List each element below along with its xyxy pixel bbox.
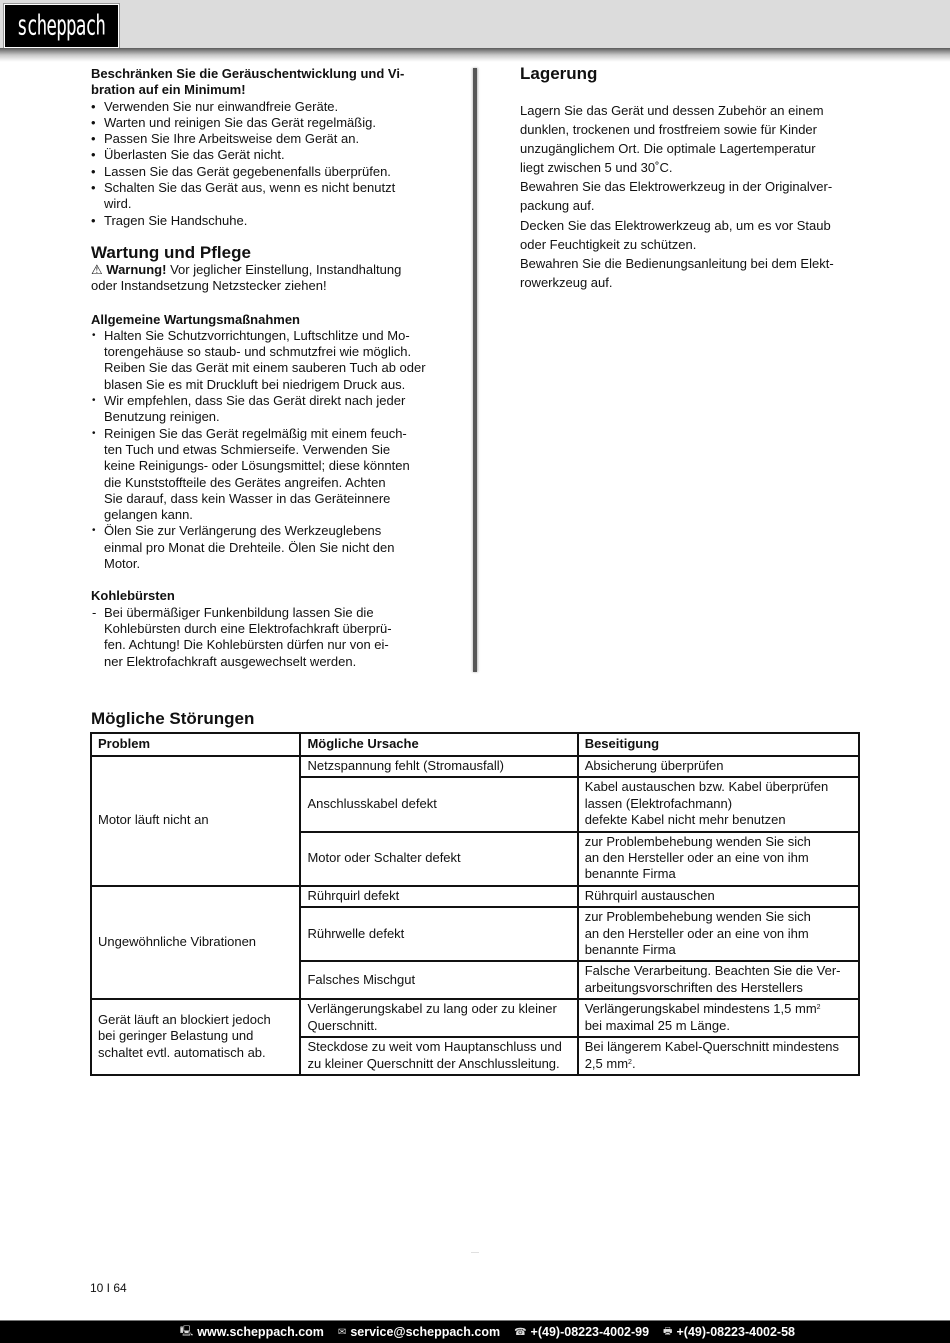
warning-notice: ⚠ Warnung! Vor jeglicher Einstellung, In… [91, 262, 436, 295]
remedy-cell: Absicherung überprüfen [578, 756, 859, 777]
cause-cell: Steckdose zu weit vom Hauptanschluss und… [300, 1037, 577, 1075]
header-cause: Mögliche Ursache [300, 733, 577, 756]
remedy-line: Falsche Verarbeitung. Beachten Sie die V… [585, 963, 841, 978]
cause-line: Steckdose zu weit vom Hauptanschluss und [307, 1039, 561, 1054]
remedy-cell: zur Problembehebung wenden Sie sich an d… [578, 832, 859, 886]
maintenance-title: Wartung und Pflege [91, 243, 436, 263]
list-item: Verwenden Sie nur einwandfreie Geräte. [91, 99, 436, 115]
fax-icon: 🖶 [663, 1324, 672, 1341]
remedy-line: benannte Firma [585, 866, 676, 881]
table-row: Motor läuft nicht an Netzspannung fehlt … [91, 756, 859, 777]
remedy-cell: Verlängerungskabel mindestens 1,5 mm2 be… [578, 999, 859, 1037]
header-problem: Problem [91, 733, 300, 756]
list-item: Tragen Sie Handschuhe. [91, 213, 436, 229]
list-item: Warten und reinigen Sie das Gerät regelm… [91, 115, 436, 131]
list-item: Wir empfehlen, dass Sie das Gerät direkt… [91, 393, 436, 426]
storage-paragraph: Lagern Sie das Gerät und dessen Zubehör … [520, 101, 865, 177]
list-item: Schalten Sie das Gerät aus, wenn es nich… [91, 180, 436, 213]
remedy-cell: Falsche Verarbeitung. Beachten Sie die V… [578, 961, 859, 999]
carbon-brushes-title: Kohlebürsten [91, 588, 436, 604]
cause-cell: Rührwelle defekt [300, 907, 577, 961]
remedy-line: Verlängerungskabel mindestens 1,5 mm [585, 1001, 817, 1016]
general-maintenance-title: Allgemeine Wartungsmaßnahmen [91, 312, 436, 328]
general-maintenance-list: Halten Sie Schutzvorrichtungen, Luftschl… [91, 328, 436, 572]
header-remedy: Beseitigung [578, 733, 859, 756]
header-shadow [0, 48, 950, 62]
phone-number: +(49)-08223-4002-99 [531, 1325, 650, 1339]
cause-line: Verlängerungskabel zu lang oder zu klein… [307, 1001, 556, 1016]
brand-logo: scheppach [4, 4, 119, 48]
footer-email[interactable]: ✉ service@scheppach.com [338, 1325, 500, 1339]
right-column: Lagerung Lagern Sie das Gerät und dessen… [520, 64, 865, 292]
footer-fax: 🖶 +(49)-08223-4002-58 [663, 1324, 795, 1341]
cause-cell: Anschlusskabel defekt [300, 777, 577, 831]
cause-cell: Falsches Mischgut [300, 961, 577, 999]
cause-cell: Rührquirl defekt [300, 886, 577, 907]
column-divider [473, 68, 477, 672]
footer-phone: ☎ +(49)-08223-4002-99 [514, 1325, 649, 1339]
problem-line: schaltet evtl. automatisch ab. [98, 1045, 266, 1060]
storage-paragraph: Bewahren Sie die Bedienungsanleitung bei… [520, 254, 865, 292]
remedy-cell: Kabel austauschen bzw. Kabel überprüfen … [578, 777, 859, 831]
storage-paragraph: Decken Sie das Elektrowerkzeug ab, um es… [520, 216, 865, 254]
noise-intro: Beschränken Sie die Geräuschentwicklung … [91, 66, 431, 99]
remedy-line: benannte Firma [585, 942, 676, 957]
table-row: Ungewöhnliche Vibrationen Rührquirl defe… [91, 886, 859, 907]
list-item: Passen Sie Ihre Arbeitsweise dem Gerät a… [91, 131, 436, 147]
storage-title: Lagerung [520, 64, 865, 84]
carbon-brushes-list: Bei übermäßiger Funkenbildung lassen Sie… [91, 605, 436, 670]
superscript: 2 [817, 1004, 821, 1011]
warning-label: Warnung! [106, 262, 166, 277]
list-item: Überlasten Sie das Gerät nicht. [91, 147, 436, 163]
remedy-cell: Rührquirl austauschen [578, 886, 859, 907]
problem-cell: Ungewöhnliche Vibrationen [91, 886, 300, 999]
remedy-cell: Bei längerem Kabel-Querschnitt mindesten… [578, 1037, 859, 1075]
remedy-line: Kabel austauschen bzw. Kabel überprüfen [585, 779, 829, 794]
page-footer: 🖳 www.scheppach.com ✉ service@scheppach.… [0, 1320, 950, 1343]
remedy-line: . [632, 1056, 636, 1071]
cause-cell: Motor oder Schalter defekt [300, 832, 577, 886]
faults-title: Mögliche Störungen [91, 709, 254, 729]
superscript: 2 [628, 1059, 632, 1066]
problem-cell: Motor läuft nicht an [91, 756, 300, 886]
problem-line: bei geringer Belastung und [98, 1028, 253, 1043]
website-link[interactable]: www.scheppach.com [197, 1325, 324, 1339]
cause-cell: Netzspannung fehlt (Stromausfall) [300, 756, 577, 777]
left-column: Beschränken Sie die Geräuschentwicklung … [91, 66, 436, 670]
faint-mark [471, 1252, 479, 1253]
storage-paragraph: Bewahren Sie das Elektrowerkzeug in der … [520, 177, 865, 215]
mail-icon: ✉ [338, 1327, 346, 1338]
storage-text: Lagern Sie das Gerät und dessen Zubehör … [520, 101, 865, 292]
remedy-line: zur Problembehebung wenden Sie sich [585, 834, 811, 849]
remedy-cell: zur Problembehebung wenden Sie sich an d… [578, 907, 859, 961]
cause-cell: Verlängerungskabel zu lang oder zu klein… [300, 999, 577, 1037]
remedy-line: an den Hersteller oder an eine von ihm [585, 850, 809, 865]
list-item: Halten Sie Schutzvorrichtungen, Luftschl… [91, 328, 436, 393]
remedy-line: lassen (Elektrofachmann) [585, 796, 732, 811]
table-row: Gerät läuft an blockiert jedoch bei geri… [91, 999, 859, 1037]
problem-cell: Gerät läuft an blockiert jedoch bei geri… [91, 999, 300, 1075]
list-item: Bei übermäßiger Funkenbildung lassen Sie… [91, 605, 436, 670]
list-item: Ölen Sie zur Verlängerung des Werkzeugle… [91, 523, 436, 572]
table-header-row: Problem Mögliche Ursache Beseitigung [91, 733, 859, 756]
faults-table: Problem Mögliche Ursache Beseitigung Mot… [90, 732, 860, 1076]
remedy-line: an den Hersteller oder an eine von ihm [585, 926, 809, 941]
list-item: Reinigen Sie das Gerät regelmäßig mit ei… [91, 426, 436, 524]
list-item: Lassen Sie das Gerät gegebenenfalls über… [91, 164, 436, 180]
warning-icon: ⚠ [91, 262, 103, 277]
remedy-line: defekte Kabel nicht mehr benutzen [585, 812, 786, 827]
remedy-line: arbeitungsvorschriften des Herstellers [585, 980, 803, 995]
remedy-line: zur Problembehebung wenden Sie sich [585, 909, 811, 924]
footer-website[interactable]: 🖳 www.scheppach.com [180, 1324, 324, 1341]
problem-line: Gerät läuft an blockiert jedoch [98, 1012, 271, 1027]
fax-number: +(49)-08223-4002-58 [677, 1325, 796, 1339]
telephone-icon: ☎ [514, 1327, 526, 1338]
computer-icon: 🖳 [180, 1324, 193, 1341]
cause-line: zu kleiner Querschnitt der Anschlussleit… [307, 1056, 559, 1071]
remedy-line: Bei längerem Kabel-Querschnitt mindesten… [585, 1039, 839, 1054]
noise-bullet-list: Verwenden Sie nur einwandfreie Geräte.Wa… [91, 99, 436, 229]
cause-line: Querschnitt. [307, 1018, 377, 1033]
remedy-line: 2,5 mm [585, 1056, 628, 1071]
email-link[interactable]: service@scheppach.com [350, 1325, 500, 1339]
page-header: scheppach [0, 0, 950, 50]
page-number: 10 I 64 [90, 1281, 127, 1295]
logo-text: scheppach [17, 10, 105, 41]
remedy-line: bei maximal 25 m Länge. [585, 1018, 730, 1033]
